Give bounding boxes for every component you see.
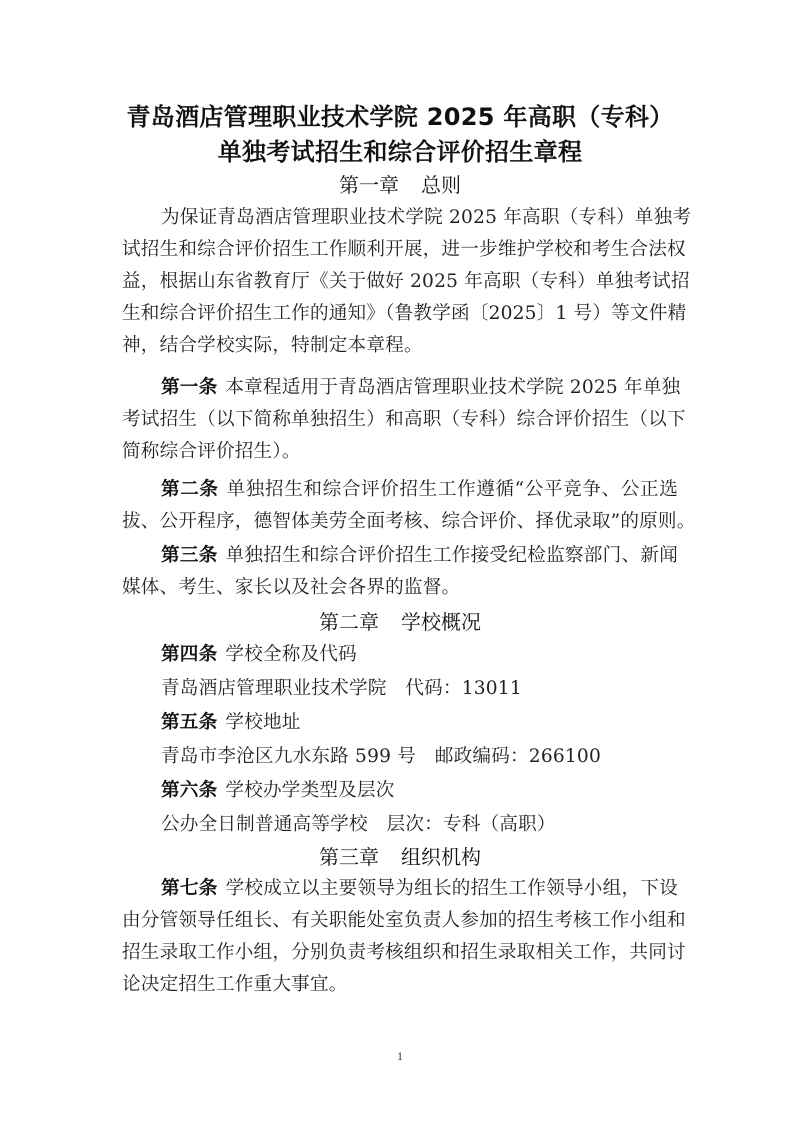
article-text: 学校成立以主要领导为组长的招生工作领导小组，下设 — [226, 878, 678, 899]
chapter-name: 学校概况 — [401, 610, 481, 634]
article-label: 第一条 — [161, 377, 217, 398]
article-text: 单独招生和综合评价招生工作接受纪检监察部门、新闻 — [226, 545, 678, 566]
preamble-line: 神，结合学校实际，特制定本章程。 — [122, 331, 678, 361]
article-label: 第七条 — [161, 878, 218, 899]
article-first-line: 第七条学校成立以主要领导为组长的招生工作领导小组，下设 — [161, 874, 678, 904]
school-type-and-level: 公办全日制普通高等学校 层次：专科（高职） — [161, 810, 678, 840]
school-name-and-code: 青岛酒店管理职业技术学院 代码：13011 — [161, 674, 678, 704]
article-text: 学校办学类型及层次 — [225, 780, 394, 801]
article-label: 第四条 — [161, 644, 217, 665]
preamble-line: 试招生和综合评价招生工作顺利开展，进一步维护学校和考生合法权 — [122, 235, 678, 265]
chapter-name: 组织机构 — [401, 845, 481, 869]
article-label: 第三条 — [161, 545, 218, 566]
chapter-number: 第一章 — [339, 173, 399, 197]
article-line: 简称综合评价招生）。 — [122, 437, 678, 467]
article-line: 论决定招生工作重大事宜。 — [122, 970, 678, 1000]
chapter-number: 第三章 — [319, 845, 379, 869]
document-title-line-1: 青岛酒店管理职业技术学院 2025 年高职（专科） — [0, 102, 800, 132]
article-text: 学校全称及代码 — [225, 644, 357, 665]
article-label: 第二条 — [161, 479, 219, 500]
article-first-line: 第二条单独招生和综合评价招生工作遵循“公平竞争、公正选 — [161, 475, 678, 505]
article-text: 本章程适用于青岛酒店管理职业技术学院 2025 年单独 — [225, 377, 680, 398]
article-line: 招生录取工作小组，分别负责考核组织和招生录取相关工作，共同讨 — [122, 938, 678, 968]
article-first-line: 第三条单独招生和综合评价招生工作接受纪检监察部门、新闻 — [161, 541, 678, 571]
document-page: 青岛酒店管理职业技术学院 2025 年高职（专科） 单独考试招生和综合评价招生章… — [0, 0, 800, 1132]
article-line: 由分管领导任组长、有关职能处室负责人参加的招生考核工作小组和 — [122, 906, 678, 936]
article-label: 第五条 — [161, 712, 217, 733]
article-label: 第六条 — [161, 780, 217, 801]
article-line: 媒体、考生、家长以及社会各界的监督。 — [122, 573, 678, 603]
document-title-line-2: 单独考试招生和综合评价招生章程 — [0, 137, 800, 167]
article-line: 考试招生（以下简称单独招生）和高职（专科）综合评价招生（以下 — [122, 405, 678, 435]
article-first-line: 第四条学校全称及代码 — [161, 640, 678, 670]
article-line: 拔、公开程序，德智体美劳全面考核、综合评价、择优录取”的原则。 — [122, 507, 678, 537]
page-number: 1 — [0, 1049, 800, 1064]
chapter-1-heading: 第一章总则 — [0, 171, 800, 199]
article-text: 学校地址 — [225, 712, 300, 733]
preamble-line: 生和综合评价招生工作的通知》（鲁教学函〔2025〕1 号）等文件精 — [122, 299, 678, 329]
chapter-3-heading: 第三章组织机构 — [0, 843, 800, 871]
chapter-number: 第二章 — [319, 610, 379, 634]
article-first-line: 第一条本章程适用于青岛酒店管理职业技术学院 2025 年单独 — [161, 373, 678, 403]
article-first-line: 第六条学校办学类型及层次 — [161, 776, 678, 806]
chapter-name: 总则 — [421, 173, 461, 197]
preamble-line: 为保证青岛酒店管理职业技术学院 2025 年高职（专科）单独考 — [161, 203, 678, 233]
preamble-line: 益，根据山东省教育厅《关于做好 2025 年高职（专科）单独考试招 — [122, 267, 678, 297]
chapter-2-heading: 第二章学校概况 — [0, 608, 800, 636]
article-text: 单独招生和综合评价招生工作遵循“公平竞争、公正选 — [227, 479, 678, 500]
school-address: 青岛市李沧区九水东路 599 号 邮政编码：266100 — [161, 742, 678, 772]
article-first-line: 第五条学校地址 — [161, 708, 678, 738]
